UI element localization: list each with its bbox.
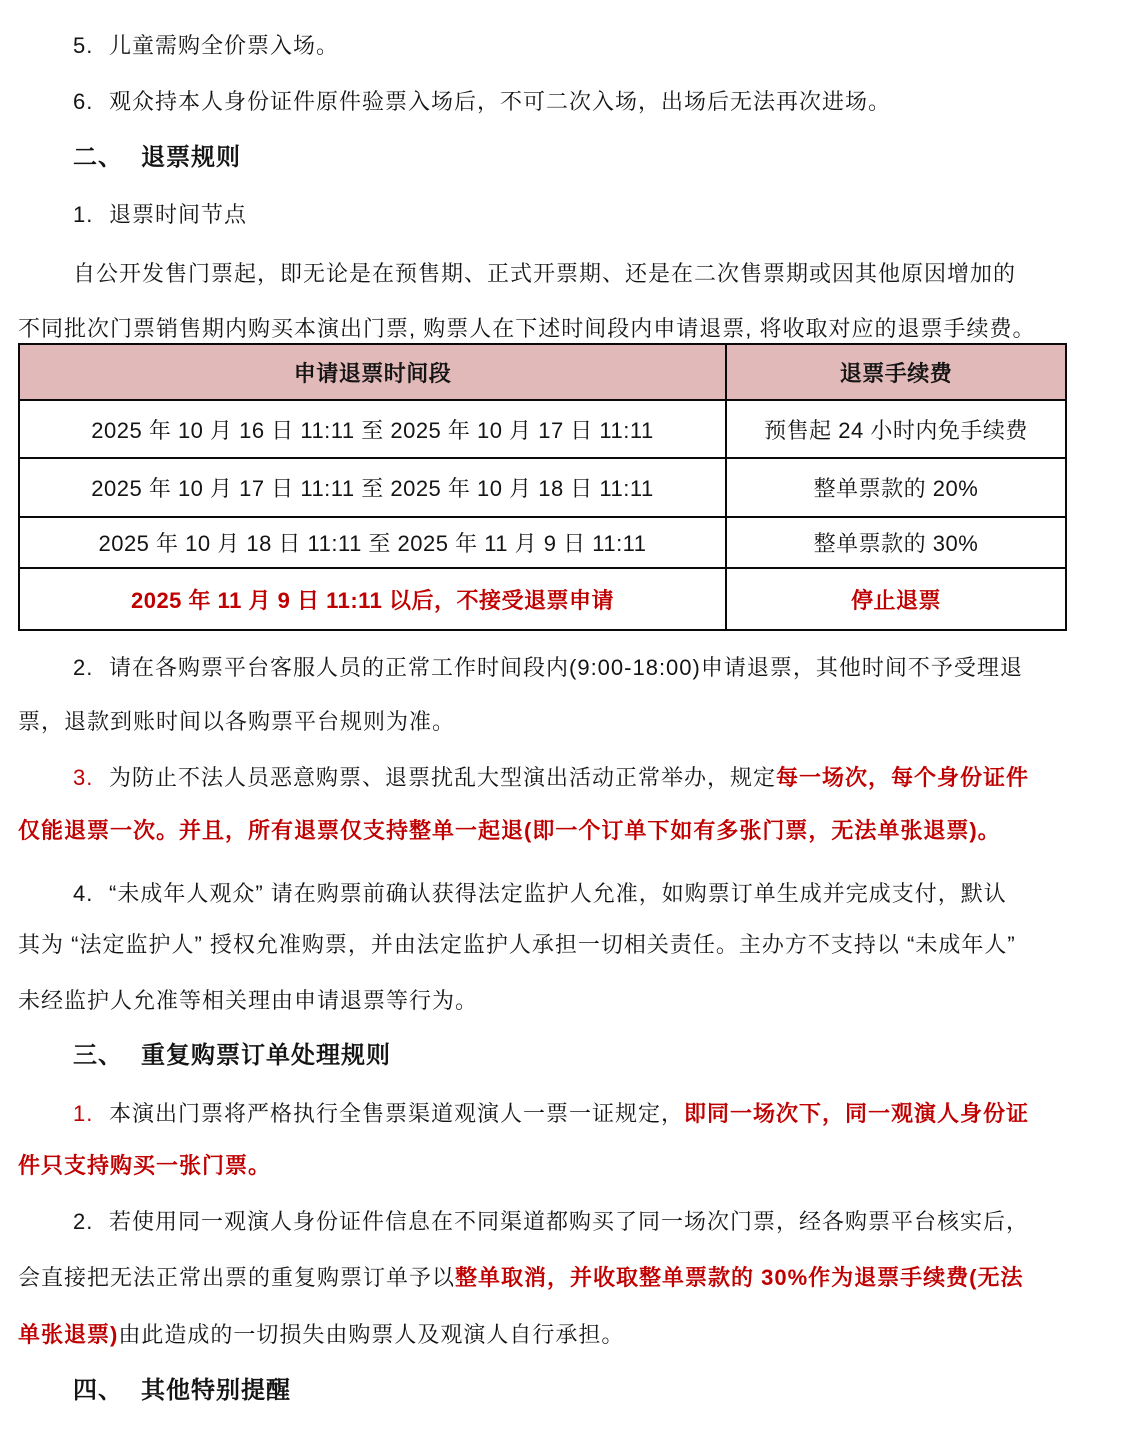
list-item-number: 2. bbox=[73, 652, 109, 684]
list-item-one-ticket-line1: 1.本演出门票将严格执行全售票渠道观演人一票一证规定，即同一场次下，同一观演人身… bbox=[73, 1098, 1029, 1130]
table-row: 2025 年 10 月 17 日 11:11 至 2025 年 10 月 18 … bbox=[19, 458, 1066, 517]
list-item-minor-line2: 其为 “法定监护人” 授权允准购票，并由法定监护人承担一切相关责任。主办方不支持… bbox=[18, 929, 1016, 961]
list-item-text-highlight: 整单取消，并收取整单票款的 30%作为退票手续费(无法 bbox=[455, 1265, 1023, 1290]
list-item-number: 3. bbox=[73, 762, 109, 794]
list-item-text: 未经监护人允准等相关理由申请退票等行为。 bbox=[18, 988, 478, 1013]
table-cell-fee: 整单票款的 30% bbox=[726, 517, 1066, 568]
table-cell-fee: 整单票款的 20% bbox=[726, 458, 1066, 517]
paragraph-intro-line2: 不同批次门票销售期内购买本演出门票, 购票人在下述时间段内申请退票, 将收取对应… bbox=[18, 313, 1035, 345]
table-cell-period: 2025 年 10 月 18 日 11:11 至 2025 年 11 月 9 日… bbox=[19, 517, 726, 568]
list-item-text: 为防止不法人员恶意购票、退票扰乱大型演出活动正常举办，规定 bbox=[109, 765, 776, 790]
table-header-fee: 退票手续费 bbox=[726, 344, 1066, 400]
section-heading-duplicate-orders: 三、重复购票订单处理规则 bbox=[73, 1040, 391, 1072]
list-item-text: 票，退款到账时间以各购票平台规则为准。 bbox=[18, 709, 455, 734]
table-cell-fee: 停止退票 bbox=[726, 568, 1066, 630]
table-row-stop-refund: 2025 年 11 月 9 日 11:11 以后，不接受退票申请 停止退票 bbox=[19, 568, 1066, 630]
paragraph-text: 不同批次门票销售期内购买本演出门票, 购票人在下述时间段内申请退票, 将收取对应… bbox=[18, 316, 1035, 341]
document-page: 5.儿童需购全价票入场。 6.观众持本人身份证件原件验票入场后，不可二次入场，出… bbox=[0, 0, 1124, 1436]
section-heading-refund-rules: 二、退票规则 bbox=[73, 142, 241, 174]
table-cell-period: 2025 年 10 月 17 日 11:11 至 2025 年 10 月 18 … bbox=[19, 458, 726, 517]
list-item-text-highlight: 单张退票) bbox=[18, 1322, 118, 1347]
list-item-platform-hours-line1: 2.请在各购票平台客服人员的正常工作时间段内(9:00-18:00)申请退票，其… bbox=[73, 652, 1023, 684]
list-item-text-highlight: 每一场次，每个身份证件 bbox=[776, 765, 1029, 790]
list-item-refund-time: 1.退票时间节点 bbox=[73, 199, 247, 231]
table-cell-fee: 预售起 24 小时内免手续费 bbox=[726, 400, 1066, 458]
list-item-text: 由此造成的一切损失由购票人及观演人自行承担。 bbox=[118, 1322, 624, 1347]
refund-fee-table: 申请退票时间段 退票手续费 2025 年 10 月 16 日 11:11 至 2… bbox=[18, 343, 1067, 631]
section-title: 重复购票订单处理规则 bbox=[141, 1042, 391, 1069]
list-item-text: 会直接把无法正常出票的重复购票订单予以 bbox=[18, 1265, 455, 1290]
list-item-text: 退票时间节点 bbox=[109, 202, 247, 227]
list-item-minor-line1: 4.“未成年人观众” 请在购票前确认获得法定监护人允准，如购票订单生成并完成支付… bbox=[73, 878, 1007, 910]
list-item-text: 请在各购票平台客服人员的正常工作时间段内(9:00-18:00)申请退票，其他时… bbox=[109, 655, 1023, 680]
list-item-minor-line3: 未经监护人允准等相关理由申请退票等行为。 bbox=[18, 985, 478, 1017]
list-item-duplicate-cancel-line1: 2.若使用同一观演人身份证件信息在不同渠道都购买了同一场次门票，经各购票平台核实… bbox=[73, 1206, 1029, 1238]
section-number: 二、 bbox=[73, 142, 141, 174]
list-item-duplicate-cancel-line2: 会直接把无法正常出票的重复购票订单予以整单取消，并收取整单票款的 30%作为退票… bbox=[18, 1262, 1024, 1294]
section-number: 四、 bbox=[73, 1375, 141, 1407]
paragraph-intro-line1: 自公开发售门票起，即无论是在预售期、正式开票期、还是在二次售票期或因其他原因增加… bbox=[73, 258, 1016, 290]
section-number: 三、 bbox=[73, 1040, 141, 1072]
list-item-text: 儿童需购全价票入场。 bbox=[109, 33, 339, 58]
list-item-text: 其为 “法定监护人” 授权允准购票，并由法定监护人承担一切相关责任。主办方不支持… bbox=[18, 932, 1016, 957]
list-item-text-highlight: 件只支持购买一张门票。 bbox=[18, 1153, 271, 1178]
list-item-number: 4. bbox=[73, 878, 109, 910]
list-item-refund-once-line2: 仅能退票一次。并且，所有退票仅支持整单一起退(即一个订单下如有多张门票，无法单张… bbox=[18, 815, 1001, 847]
list-item-6: 6.观众持本人身份证件原件验票入场后，不可二次入场，出场后无法再次进场。 bbox=[73, 86, 891, 118]
list-item-text: 若使用同一观演人身份证件信息在不同渠道都购买了同一场次门票，经各购票平台核实后， bbox=[109, 1209, 1029, 1234]
list-item-number: 1. bbox=[73, 199, 109, 231]
list-item-refund-once-line1: 3.为防止不法人员恶意购票、退票扰乱大型演出活动正常举办，规定每一场次，每个身份… bbox=[73, 762, 1029, 794]
list-item-number: 1. bbox=[73, 1098, 109, 1130]
table-row: 2025 年 10 月 18 日 11:11 至 2025 年 11 月 9 日… bbox=[19, 517, 1066, 568]
section-title: 退票规则 bbox=[141, 144, 241, 171]
list-item-number: 2. bbox=[73, 1206, 109, 1238]
list-item-platform-hours-line2: 票，退款到账时间以各购票平台规则为准。 bbox=[18, 706, 455, 738]
list-item-text: “未成年人观众” 请在购票前确认获得法定监护人允准，如购票订单生成并完成支付，默… bbox=[109, 881, 1007, 906]
list-item-number: 5. bbox=[73, 30, 109, 62]
list-item-text: 观众持本人身份证件原件验票入场后，不可二次入场，出场后无法再次进场。 bbox=[109, 89, 891, 114]
table-cell-period: 2025 年 10 月 16 日 11:11 至 2025 年 10 月 17 … bbox=[19, 400, 726, 458]
list-item-one-ticket-line2: 件只支持购买一张门票。 bbox=[18, 1150, 271, 1182]
list-item-5: 5.儿童需购全价票入场。 bbox=[73, 30, 339, 62]
section-title: 其他特别提醒 bbox=[141, 1377, 291, 1404]
table-header-row: 申请退票时间段 退票手续费 bbox=[19, 344, 1066, 400]
table-header-period: 申请退票时间段 bbox=[19, 344, 726, 400]
paragraph-text: 自公开发售门票起，即无论是在预售期、正式开票期、还是在二次售票期或因其他原因增加… bbox=[73, 261, 1016, 286]
list-item-duplicate-cancel-line3: 单张退票)由此造成的一切损失由购票人及观演人自行承担。 bbox=[18, 1319, 624, 1351]
section-heading-other-reminders: 四、其他特别提醒 bbox=[73, 1375, 291, 1407]
list-item-text-highlight: 即同一场次下，同一观演人身份证 bbox=[684, 1101, 1029, 1126]
table-row: 2025 年 10 月 16 日 11:11 至 2025 年 10 月 17 … bbox=[19, 400, 1066, 458]
list-item-text-highlight: 仅能退票一次。并且，所有退票仅支持整单一起退(即一个订单下如有多张门票，无法单张… bbox=[18, 818, 1001, 843]
table-cell-period: 2025 年 11 月 9 日 11:11 以后，不接受退票申请 bbox=[19, 568, 726, 630]
list-item-number: 6. bbox=[73, 86, 109, 118]
list-item-text: 本演出门票将严格执行全售票渠道观演人一票一证规定， bbox=[109, 1101, 684, 1126]
